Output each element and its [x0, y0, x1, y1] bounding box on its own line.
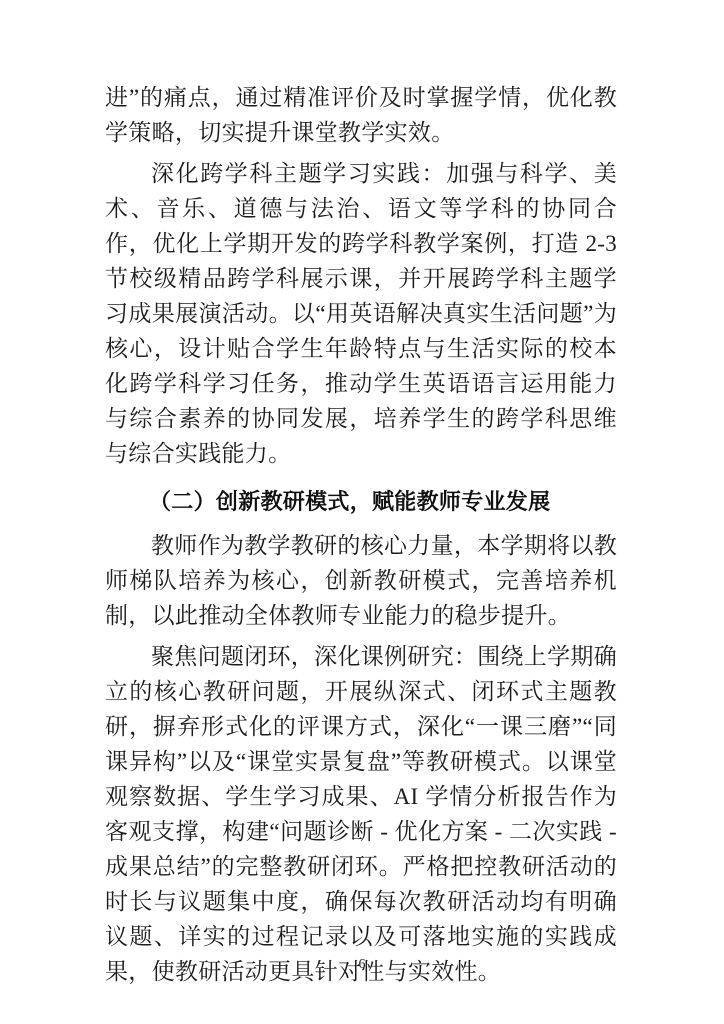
paragraph-teacher-development: 教师作为教学教研的核心力量，本学期将以教师梯队培养为核心，创新教研模式，完善培养… [105, 528, 617, 633]
document-page: 进”的痛点，通过精准评价及时掌握学情，优化教学策略，切实提升课堂教学实效。 深化… [0, 0, 724, 1024]
paragraph-continued: 进”的痛点，通过精准评价及时掌握学情，优化教学策略，切实提升课堂教学实效。 [105, 80, 617, 150]
paragraph-lesson-research: 聚焦问题闭环，深化课例研究：围绕上学期确立的核心教研问题，开展纵深式、闭环式主题… [105, 639, 617, 989]
document-content: 进”的痛点，通过精准评价及时掌握学情，优化教学策略，切实提升课堂教学实效。 深化… [105, 80, 617, 989]
page-number: 6 [359, 957, 366, 972]
page-footer: 6 [0, 955, 724, 974]
section-heading: （二）创新教研模式，赋能教师专业发展 [105, 484, 617, 519]
paragraph-interdisciplinary-practice: 深化跨学科主题学习实践：加强与科学、美术、音乐、道德与法治、语文等学科的协同合作… [105, 156, 617, 471]
